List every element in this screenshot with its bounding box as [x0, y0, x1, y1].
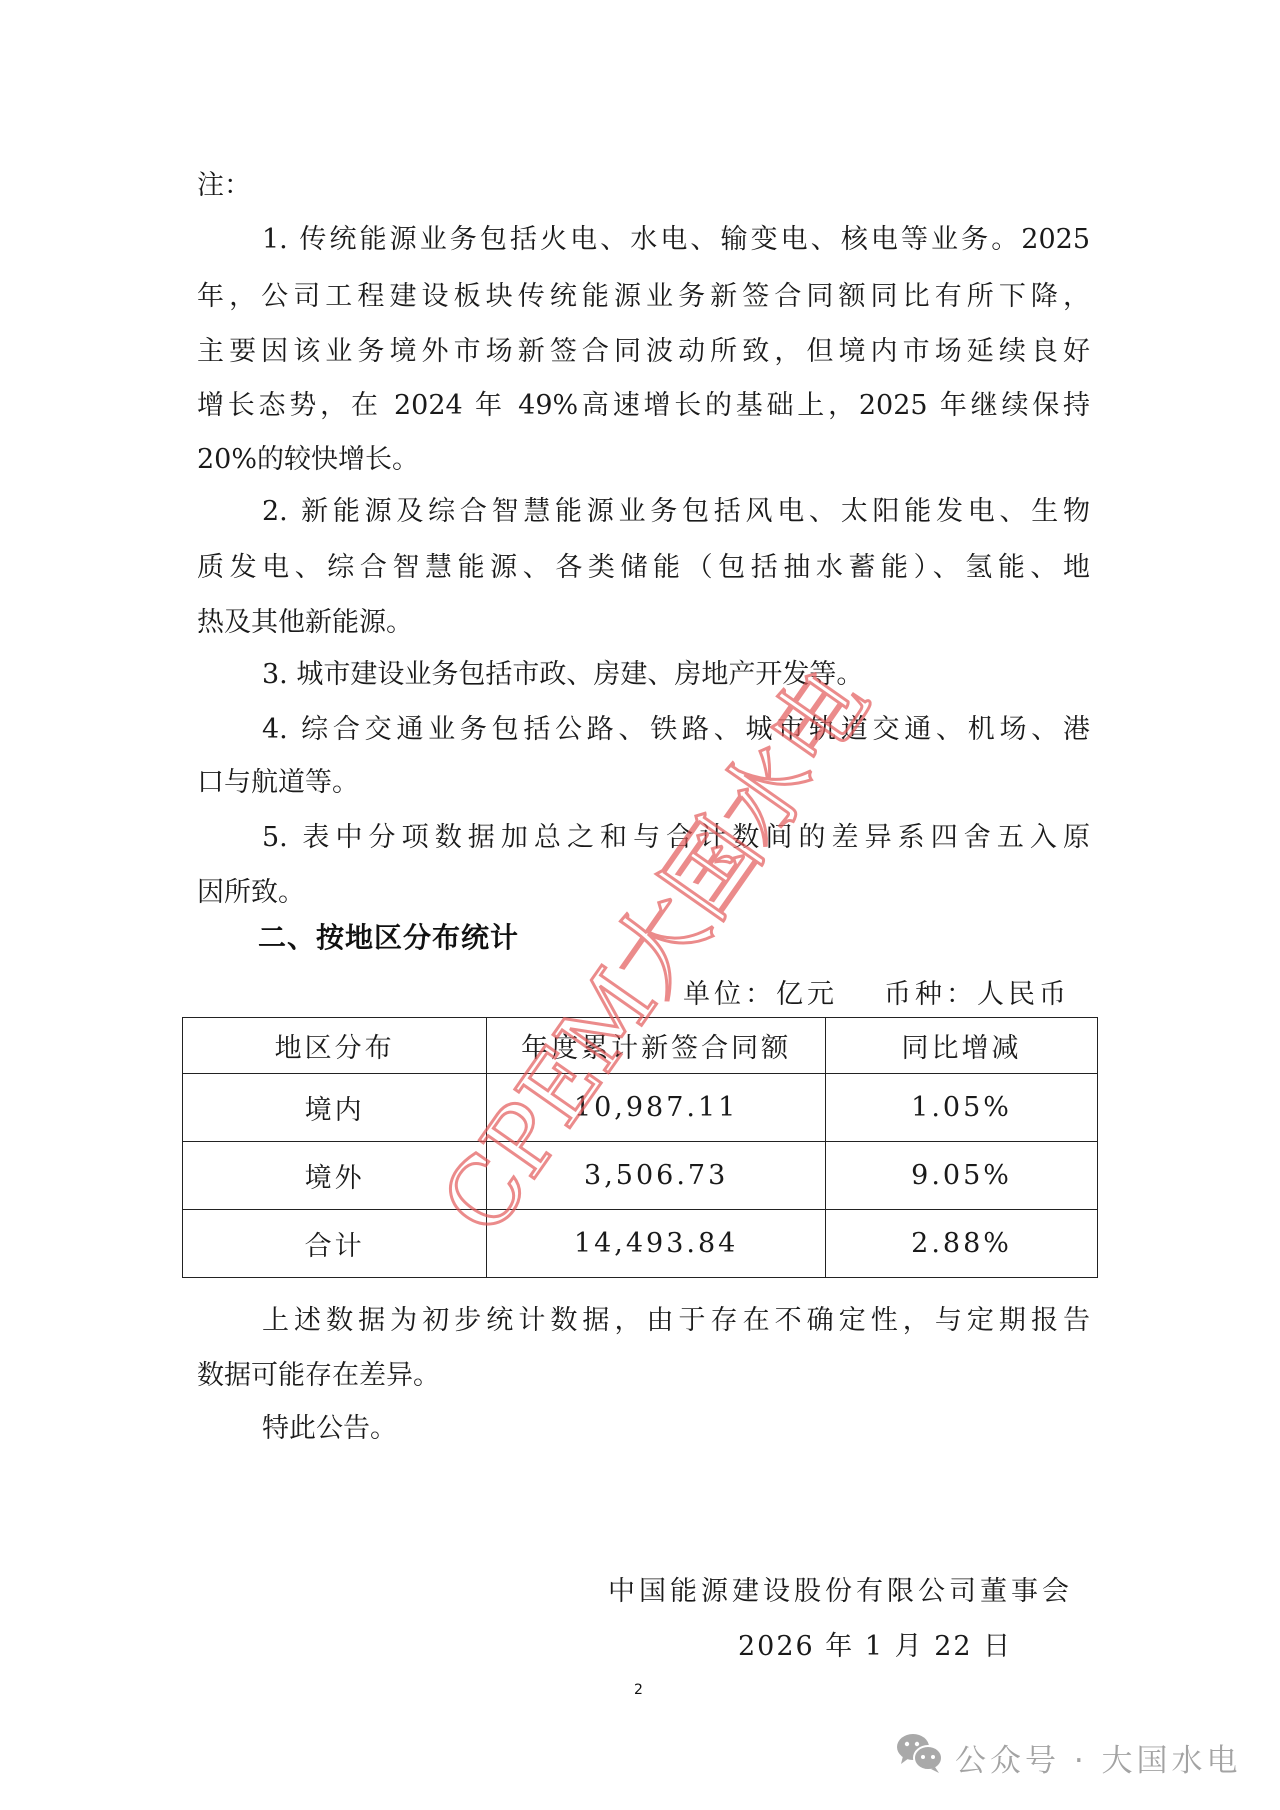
- table-row: 境外 3,506.73 9.05%: [183, 1142, 1098, 1210]
- page-number: 2: [634, 1682, 643, 1698]
- footer-account-text: 公众号 · 大国水电: [955, 1735, 1242, 1780]
- unit-label: 单位：亿元: [683, 975, 838, 1015]
- wechat-icon: [895, 1732, 955, 1782]
- note-5-line-2: 因所致。: [197, 866, 1090, 920]
- cell-yoy: 9.05%: [826, 1142, 1098, 1210]
- section-heading: 二、按地区分布统计: [258, 918, 519, 958]
- unit-currency-line: 单位：亿元币种：人民币: [683, 975, 1083, 1015]
- currency-label: 币种：人民币: [884, 975, 1070, 1015]
- cell-region: 境外: [183, 1142, 487, 1210]
- note-1-line-5: 20%的较快增长。: [197, 433, 1090, 487]
- note-5-line-1: 5. 表中分项数据加总之和与合计数间的差异系四舍五入原: [262, 811, 1090, 865]
- note-1-line-4: 增长态势，在 2024 年 49%高速增长的基础上，2025 年继续保持: [197, 379, 1090, 433]
- signature-company: 中国能源建设股份有限公司董事会: [608, 1565, 1073, 1619]
- note-2-line-3: 热及其他新能源。: [197, 596, 1090, 650]
- table-row: 境内 10,987.11 1.05%: [183, 1074, 1098, 1142]
- closing-statement: 特此公告。: [262, 1402, 1090, 1456]
- cell-amount: 14,493.84: [487, 1210, 826, 1278]
- table-row: 合计 14,493.84 2.88%: [183, 1210, 1098, 1278]
- note-1-line-1: 1. 传统能源业务包括火电、水电、输变电、核电等业务。2025: [262, 213, 1090, 267]
- cell-yoy: 1.05%: [826, 1074, 1098, 1142]
- note-2-line-1: 2. 新能源及综合智慧能源业务包括风电、太阳能发电、生物: [262, 485, 1090, 539]
- cell-region: 境内: [183, 1074, 487, 1142]
- header-region: 地区分布: [183, 1018, 487, 1074]
- cell-amount: 3,506.73: [487, 1142, 826, 1210]
- signature-date: 2026 年 1 月 22 日: [738, 1620, 1012, 1674]
- region-contract-table: 地区分布 年度累计新签合同额 同比增减 境内 10,987.11 1.05% 境…: [182, 1017, 1098, 1278]
- note-4-line-1: 4. 综合交通业务包括公路、铁路、城市轨道交通、机场、港: [262, 703, 1090, 757]
- note-1-line-3: 主要因该业务境外市场新签合同波动所致，但境内市场延续良好: [197, 325, 1090, 379]
- header-contract-amount: 年度累计新签合同额: [487, 1018, 826, 1074]
- cell-amount: 10,987.11: [487, 1074, 826, 1142]
- note-2-line-2: 质发电、综合智慧能源、各类储能（包括抽水蓄能）、氢能、地: [197, 541, 1090, 595]
- table-header-row: 地区分布 年度累计新签合同额 同比增减: [183, 1018, 1098, 1074]
- wechat-footer: 公众号 · 大国水电: [895, 1734, 1242, 1780]
- disclaimer-line-1: 上述数据为初步统计数据，由于存在不确定性，与定期报告: [262, 1294, 1090, 1348]
- header-yoy-change: 同比增减: [826, 1018, 1098, 1074]
- note-1-line-2: 年，公司工程建设板块传统能源业务新签合同额同比有所下降，: [197, 270, 1090, 324]
- note-4-line-2: 口与航道等。: [197, 756, 1090, 810]
- disclaimer-line-2: 数据可能存在差异。: [197, 1349, 1090, 1403]
- notes-label: 注：: [197, 159, 1090, 213]
- note-3-line-1: 3. 城市建设业务包括市政、房建、房地产开发等。: [262, 648, 1090, 702]
- cell-yoy: 2.88%: [826, 1210, 1098, 1278]
- cell-region: 合计: [183, 1210, 487, 1278]
